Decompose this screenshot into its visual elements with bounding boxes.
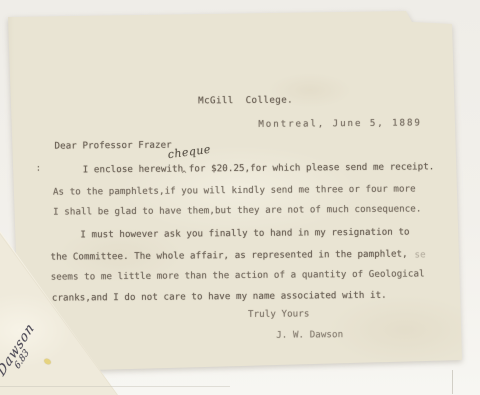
body-line: I must however ask you finally to hand i… (80, 227, 409, 241)
handwritten-insertion: cheque (167, 143, 212, 162)
dateline: Montreal, June 5, 1889 (258, 117, 422, 129)
body-line: seems to me little more than the action … (51, 268, 425, 282)
body-line: cranks,and I do not care to have my name… (52, 290, 387, 304)
paper-fleck (43, 358, 52, 366)
letterhead: McGill College. (198, 95, 293, 107)
body-line: I enclose herewith for $20.25,for which … (83, 161, 435, 175)
body-line: I shall be glad to have them,but they ar… (53, 203, 421, 217)
faint-typed-fragment: se (414, 249, 425, 260)
signature: J. W. Dawson (276, 329, 343, 341)
closing: Truly Yours (248, 308, 309, 320)
scanner-edge-line (452, 370, 453, 394)
body-line: As to the pamphlets,if you will kindly s… (53, 183, 416, 197)
scanned-letter: McGill College. Montreal, June 5, 1889 D… (0, 0, 480, 395)
salutation: Dear Professor Frazer (54, 140, 171, 152)
margin-mark: : (36, 164, 42, 174)
body-line: the Committee. The whole affair, as repr… (50, 249, 407, 263)
scanner-edge-line (0, 386, 230, 387)
